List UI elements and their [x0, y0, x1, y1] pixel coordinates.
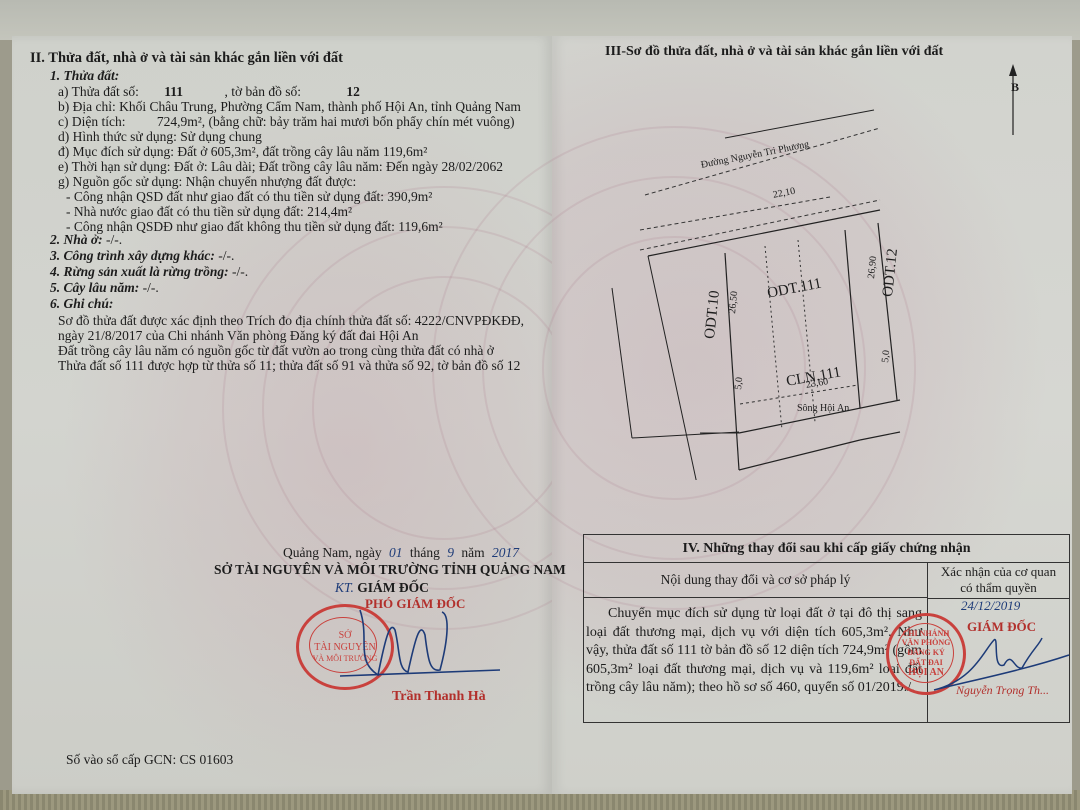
- other-construction-row: 3. Công trình xây dựng khác: -/-.: [50, 248, 234, 264]
- parcel-number: 111: [164, 84, 183, 99]
- dimension-right-lower: 5,0: [880, 350, 892, 364]
- column-header-confirmation: Xác nhận của cơ quan có thẩm quyền: [928, 563, 1069, 599]
- usage-purpose: đ) Mục đích sử dụng: Đất ở 605,3m², đất …: [58, 144, 427, 160]
- origin-item: - Nhà nước giao đất có thu tiền sử dụng …: [66, 204, 352, 220]
- place-date-prefix: Quảng Nam, ngày: [283, 545, 382, 560]
- usage-term: e) Thời hạn sử dụng: Đất ở: Lâu dài; Đất…: [58, 159, 503, 175]
- date-year: 2017: [492, 545, 519, 560]
- column-header-content: Nội dung thay đổi và cơ sở pháp lý: [584, 563, 928, 598]
- note-line: Thửa đất số 111 được hợp từ thửa số 11; …: [58, 358, 520, 374]
- north-label: B: [1011, 80, 1019, 95]
- month-label: tháng: [410, 545, 440, 560]
- dimension-left: 26,50: [727, 291, 740, 315]
- note-line: ngày 21/8/2017 của Chi nhánh Văn phòng Đ…: [58, 328, 418, 344]
- dimension-left-lower: 5,0: [733, 377, 745, 391]
- land-parcel-heading: 1. Thửa đất:: [50, 68, 119, 84]
- area-label: c) Diện tích:: [58, 114, 125, 129]
- production-forest-row: 4. Rừng sản xuất là rừng trồng: -/-.: [50, 264, 248, 280]
- change-entry-content: Chuyển mục đích sử dụng từ loại đất ở tạ…: [586, 605, 922, 698]
- usage-origin: g) Nguồn gốc sử dụng: Nhận chuyển nhượng…: [58, 174, 356, 190]
- place-date: Quảng Nam, ngày 01 tháng 9 năm 2017: [283, 545, 519, 561]
- parcel-diagram: [560, 40, 1080, 480]
- confirm-signer: Nguyễn Trọng Th...: [956, 683, 1049, 698]
- parcel-number-row: a) Thửa đất số: 111 , tờ bản đồ số: 12: [58, 84, 360, 100]
- change-entry-date: 24/12/2019: [961, 598, 1020, 614]
- year-label: năm: [461, 545, 484, 560]
- registry-number: Số vào sổ cấp GCN: CS 01603: [66, 752, 233, 768]
- perennial-trees-label: 5. Cây lâu năm:: [50, 280, 139, 295]
- notes-heading: 6. Ghi chú:: [50, 296, 113, 312]
- signer-name: Trần Thanh Hà: [392, 689, 486, 705]
- date-day: 01: [389, 545, 403, 560]
- house-row: 2. Nhà ở: -/-.: [50, 232, 122, 248]
- house-label: 2. Nhà ở:: [50, 232, 103, 247]
- address: b) Địa chỉ: Khối Châu Trung, Phường Cẩm …: [58, 99, 521, 115]
- issuing-authority: SỞ TÀI NGUYÊN VÀ MÔI TRƯỜNG TỈNH QUẢNG N…: [214, 562, 566, 578]
- section-iv-heading: IV. Những thay đổi sau khi cấp giấy chứn…: [584, 535, 1069, 563]
- parcel-label: a) Thửa đất số:: [58, 84, 139, 99]
- kt-prefix: KT.: [335, 580, 354, 595]
- changes-table: IV. Những thay đổi sau khi cấp giấy chứn…: [583, 534, 1070, 723]
- house-value: -/-.: [103, 232, 123, 247]
- director-title: KT. GIÁM ĐỐC: [335, 580, 429, 596]
- perennial-trees-row: 5. Cây lâu năm: -/-.: [50, 280, 159, 296]
- change-entry-text: Chuyển mục đích sử dụng từ loại đất ở tạ…: [586, 606, 922, 695]
- handwritten-signature: [300, 600, 510, 690]
- map-sheet-label: , tờ bản đồ số:: [224, 84, 301, 99]
- perennial-trees-value: -/-.: [139, 280, 159, 295]
- area-row: c) Diện tích: 724,9m², (bằng chữ: bảy tr…: [58, 114, 514, 130]
- area-value: 724,9m², (bằng chữ: bảy trăm hai mươi bố…: [157, 114, 515, 129]
- background-table-top: [0, 0, 1080, 40]
- river-label: Sông Hội An: [797, 403, 849, 414]
- director-title-text: GIÁM ĐỐC: [357, 580, 429, 595]
- production-forest-label: 4. Rừng sản xuất là rừng trồng:: [50, 264, 229, 279]
- section-ii-heading: II. Thửa đất, nhà ở và tài sản khác gắn …: [30, 50, 343, 67]
- origin-item: - Công nhận QSDĐ như giao đất không thu …: [66, 219, 443, 235]
- other-construction-label: 3. Công trình xây dựng khác:: [50, 248, 215, 263]
- date-month: 9: [447, 545, 454, 560]
- map-sheet-number: 12: [346, 84, 360, 99]
- change-date: 24/12/2019: [961, 598, 1020, 613]
- origin-item: - Công nhận QSD đất như giao đất có thu …: [66, 189, 432, 205]
- note-line: Đất trồng cây lâu năm có nguồn gốc từ đấ…: [58, 343, 494, 359]
- production-forest-value: -/-.: [229, 264, 249, 279]
- note-line: Sơ đồ thửa đất được xác định theo Trích …: [58, 313, 524, 329]
- other-construction-value: -/-.: [215, 248, 235, 263]
- confirm-header-line: có thẩm quyền: [928, 580, 1069, 596]
- confirm-header-line: Xác nhận của cơ quan: [928, 564, 1069, 580]
- dimension-right: 26,90: [866, 256, 879, 280]
- usage-form: d) Hình thức sử dụng: Sử dụng chung: [58, 129, 262, 145]
